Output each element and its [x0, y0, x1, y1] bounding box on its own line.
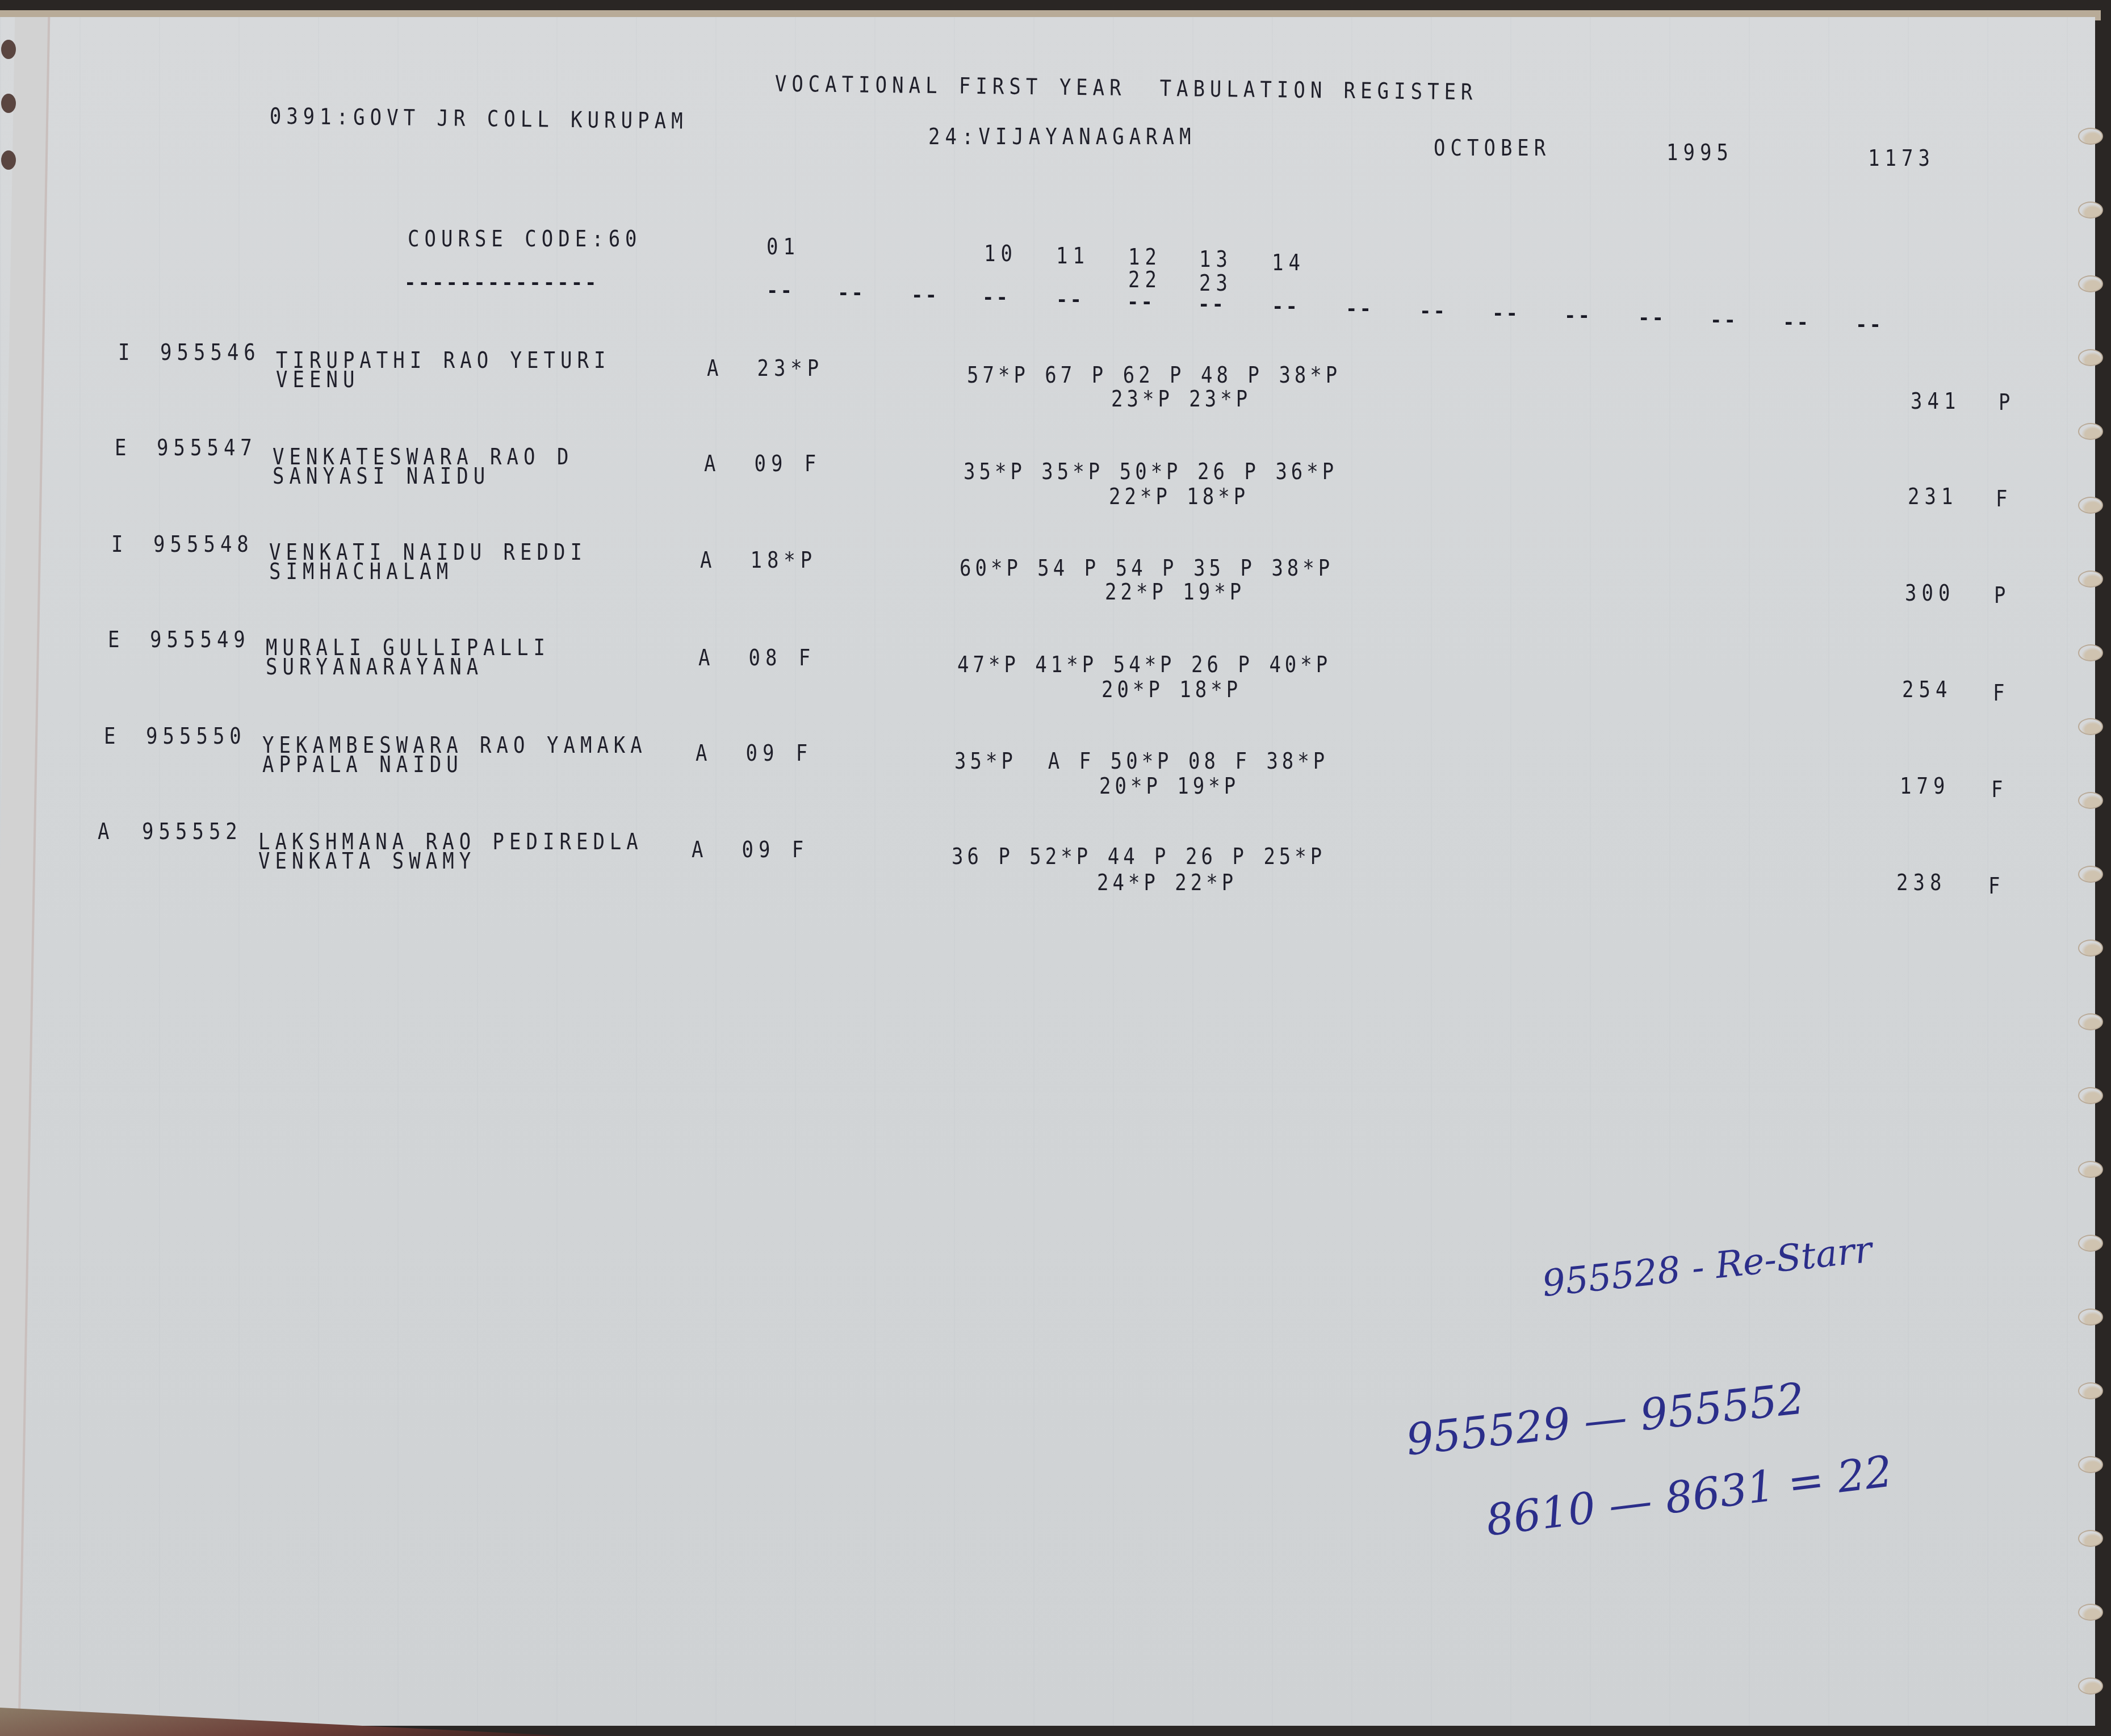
total-marks: 254	[1902, 677, 1952, 703]
column-separator: --	[1783, 311, 1811, 334]
total-marks: 300	[1905, 580, 1955, 606]
exam-month: OCTOBER	[1434, 135, 1551, 161]
column-separator: --	[1419, 300, 1447, 322]
column-separator: --	[837, 282, 865, 304]
column-separator: --	[1855, 313, 1883, 336]
roll-number: 955550	[146, 723, 246, 749]
perforation-hole-icon	[2078, 1678, 2103, 1695]
column-separator: --	[982, 286, 1010, 309]
medium-code: E	[104, 723, 120, 749]
course-code-underline: --------------	[404, 271, 599, 294]
perforation-hole-icon	[2078, 349, 2103, 366]
column-separator: --	[1127, 291, 1155, 313]
part1-marks: A 18*P	[700, 547, 817, 573]
perforation-hole-icon	[2078, 128, 2103, 145]
perforation-hole-icon	[2078, 1235, 2103, 1252]
result-status: F	[1988, 873, 2005, 899]
part1-marks: A 08 F	[698, 645, 815, 671]
perforation-hole-icon	[2078, 866, 2103, 883]
perforation-hole-icon	[2078, 1604, 2103, 1621]
perforation-hole-icon	[2078, 202, 2103, 219]
subject-marks-second: 23*P 23*P	[1111, 386, 1251, 412]
total-marks: 238	[1896, 870, 1946, 896]
perforation-hole-icon	[1, 150, 16, 170]
medium-code: A	[98, 819, 114, 845]
student-name-cont: VENKATA SWAMY	[258, 848, 476, 874]
medium-code: E	[115, 435, 131, 461]
perforation-hole-icon	[2078, 1087, 2103, 1104]
perforation-hole-icon	[2078, 275, 2103, 292]
total-marks: 231	[1908, 484, 1958, 510]
subject-marks-second: 22*P 19*P	[1105, 579, 1245, 605]
perforation-hole-icon	[1, 40, 16, 59]
result-status: P	[1994, 582, 2011, 609]
medium-code: I	[111, 531, 128, 557]
subject-marks: 35*P 35*P 50*P 26 P 36*P	[964, 459, 1338, 485]
student-name-cont: VEENU	[276, 367, 359, 393]
column-separator: --	[1272, 295, 1300, 318]
part1-marks: A 09 F	[692, 837, 809, 863]
column-separator: --	[1056, 288, 1084, 311]
medium-code: I	[118, 339, 135, 366]
perforation-hole-icon	[2078, 1530, 2103, 1547]
perforation-hole-icon	[2078, 423, 2103, 440]
perforation-hole-icon	[2078, 1013, 2103, 1030]
column-header-11: 11	[1056, 243, 1090, 269]
perforation-hole-icon	[2078, 1456, 2103, 1473]
result-status: F	[1996, 486, 2012, 512]
part1-marks: A 23*P	[707, 355, 824, 381]
roll-number: 955547	[157, 435, 257, 461]
total-marks: 179	[1900, 773, 1950, 799]
roll-number: 955546	[160, 339, 261, 366]
column-separator: --	[1564, 304, 1592, 327]
roll-number: 955548	[153, 531, 254, 557]
column-separator: --	[911, 284, 939, 307]
perforation-hole-icon	[2078, 792, 2103, 809]
column-header-14: 14	[1272, 250, 1305, 276]
result-status: F	[1991, 777, 2008, 803]
student-name-cont: SANYASI NAIDU	[273, 463, 490, 489]
subject-marks-second: 20*P 19*P	[1099, 773, 1239, 799]
perforation-hole-icon	[2078, 718, 2103, 735]
column-separator: --	[1346, 297, 1373, 320]
result-status: F	[1993, 680, 2009, 706]
subject-marks-second: 20*P 18*P	[1101, 677, 1242, 703]
roll-number: 955549	[150, 627, 250, 653]
perforation-hole-icon	[2078, 940, 2103, 957]
column-separator: --	[767, 279, 794, 302]
student-name-cont: SURYANARAYANA	[266, 654, 483, 680]
student-name-cont: APPALA NAIDU	[262, 752, 463, 778]
subject-marks: 60*P 54 P 54 P 35 P 38*P	[960, 555, 1334, 581]
subject-marks: 57*P 67 P 62 P 48 P 38*P	[967, 362, 1341, 388]
column-header-10: 10	[984, 241, 1017, 267]
column-separator: --	[1638, 307, 1666, 329]
college-name: 0391:GOVT JR COLL KURUPAM	[270, 103, 688, 135]
column-separator: --	[1198, 293, 1226, 316]
subject-marks: 47*P 41*P 54*P 26 P 40*P	[957, 652, 1331, 678]
total-marks: 341	[1911, 388, 1961, 414]
part1-marks: A 09 F	[704, 451, 821, 477]
subject-marks-second: 24*P 22*P	[1097, 870, 1237, 896]
perforation-hole-icon	[2078, 1382, 2103, 1399]
column-header-01: 01	[767, 234, 800, 260]
perforation-hole-icon	[2078, 497, 2103, 514]
student-name-cont: SIMHACHALAM	[269, 559, 453, 585]
perforation-hole-icon	[2078, 1309, 2103, 1326]
subject-marks-second: 22*P 18*P	[1109, 484, 1249, 510]
result-status: P	[1999, 389, 2015, 416]
perforation-hole-icon	[1, 94, 16, 113]
subject-marks: 36 P 52*P 44 P 26 P 25*P	[952, 844, 1326, 870]
exam-year: 1995	[1666, 140, 1733, 166]
perforation-hole-icon	[2078, 644, 2103, 661]
column-header-13: 13	[1199, 246, 1233, 272]
roll-number: 955552	[142, 819, 242, 845]
perforation-hole-icon	[2078, 1161, 2103, 1178]
column-separator: --	[1710, 309, 1738, 332]
page-number: 1173	[1868, 145, 1935, 171]
subject-marks: 35*P A F 50*P 08 F 38*P	[954, 748, 1329, 774]
part1-marks: A 09 F	[696, 740, 812, 766]
column-separator: --	[1492, 302, 1520, 325]
course-code: COURSE CODE:60	[408, 226, 642, 252]
district-name: 24:VIJAYANAGARAM	[928, 124, 1196, 150]
medium-code: E	[108, 627, 124, 653]
column-header-22: 22	[1128, 267, 1162, 293]
perforation-hole-icon	[2078, 571, 2103, 588]
